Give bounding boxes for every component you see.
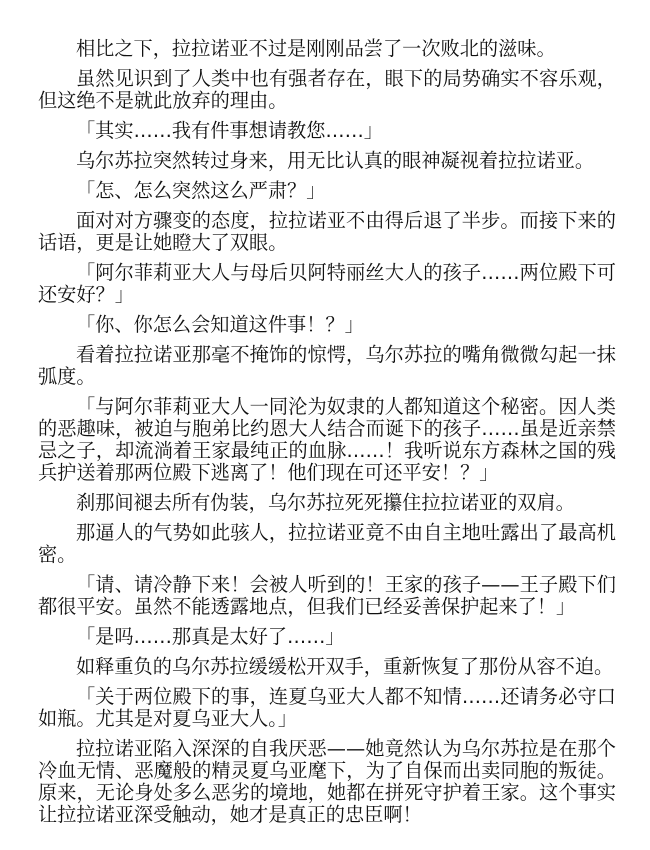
paragraph: 如释重负的乌尔苏拉缓缓松开双手，重新恢复了那份从容不迫。 [38,656,616,678]
paragraph: 相比之下，拉拉诺亚不过是刚刚品尝了一次败北的滋味。 [38,38,616,60]
dialogue-paragraph: 「是吗……那真是太好了……」 [38,626,616,648]
dialogue-paragraph: 「与阿尔菲莉亚大人一同沦为奴隶的人都知道这个秘密。因人类的恶趣味，被迫与胞弟比约… [38,396,616,484]
dialogue-paragraph: 「阿尔菲莉亚大人与母后贝阿特丽丝大人的孩子……两位殿下可还安好？」 [38,262,616,306]
paragraph: 乌尔苏拉突然转过身来，用无比认真的眼神凝视着拉拉诺亚。 [38,150,616,172]
novel-page: 相比之下，拉拉诺亚不过是刚刚品尝了一次败北的滋味。 虽然见识到了人类中也有强者存… [38,38,616,834]
paragraph: 拉拉诺亚陷入深深的自我厌恶——她竟然认为乌尔苏拉是在那个冷血无情、恶魔般的精灵夏… [38,738,616,826]
paragraph: 那逼人的气势如此骇人，拉拉诺亚竟不由自主地吐露出了最高机密。 [38,522,616,566]
paragraph: 刹那间褪去所有伪装，乌尔苏拉死死攥住拉拉诺亚的双肩。 [38,492,616,514]
dialogue-paragraph: 「怎、怎么突然这么严肃？」 [38,180,616,202]
dialogue-paragraph: 「你、你怎么会知道这件事！？」 [38,314,616,336]
paragraph: 面对对方骤变的态度，拉拉诺亚不由得后退了半步。而接下来的话语，更是让她瞪大了双眼… [38,210,616,254]
dialogue-paragraph: 「关于两位殿下的事，连夏乌亚大人都不知情……还请务必守口如瓶。尤其是对夏乌亚大人… [38,686,616,730]
paragraph: 看着拉拉诺亚那毫不掩饰的惊愕，乌尔苏拉的嘴角微微勾起一抹弧度。 [38,344,616,388]
dialogue-paragraph: 「其实……我有件事想请教您……」 [38,120,616,142]
paragraph: 虽然见识到了人类中也有强者存在，眼下的局势确实不容乐观，但这绝不是就此放弃的理由… [38,68,616,112]
dialogue-paragraph: 「请、请冷静下来！会被人听到的！王家的孩子——王子殿下们都很平安。虽然不能透露地… [38,574,616,618]
